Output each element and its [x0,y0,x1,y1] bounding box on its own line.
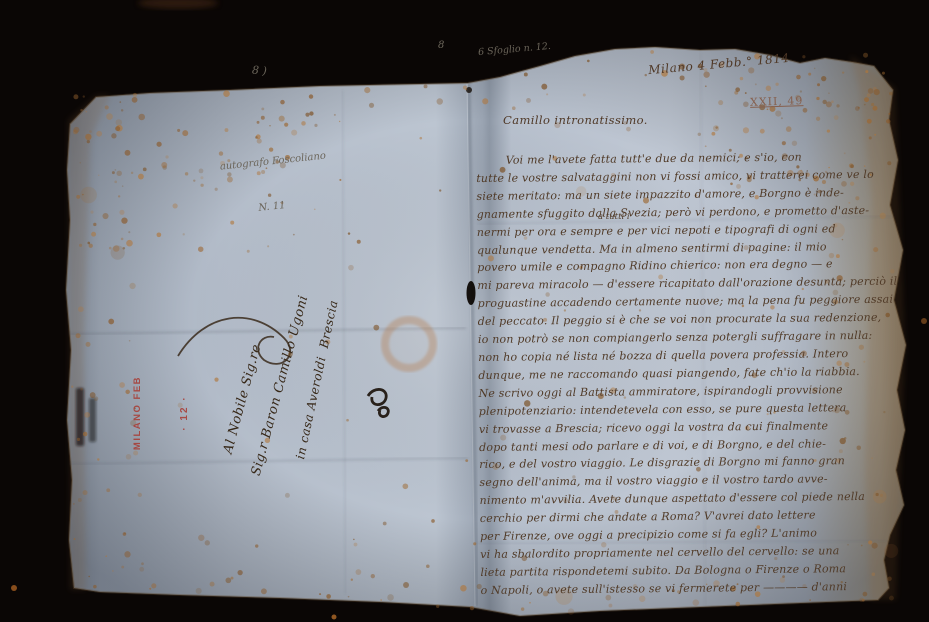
pencil-note-line: N. 11 [258,193,332,215]
catalog-mark: XXII, 49 [750,94,804,109]
photograph-of-letter: 6 Sfoglio n. 12. Milano 4 Febb.° 1814 XX… [0,0,929,622]
pencil-page-mark: 8 [438,40,444,51]
red-postmark-stamp: MILANO FEB · 12 · [96,352,226,474]
salutation: Camillo intronatissimo. [503,113,648,127]
pencil-note-right-page: 6 Sfoglio n. 12. [478,41,552,58]
pencil-page-mark: 8 ) [252,63,268,77]
date-line: Milano 4 Febb.° 1814 [648,51,790,77]
pencil-note-left-page: autografo Foscoliano N. 11 [216,119,334,249]
body-line: o Napoli, o avete sull'istesso se vi fer… [481,578,883,600]
postmark-day: · 12 · [179,352,190,474]
postmark-place: MILANO FEB [132,352,143,474]
letter-body: Voi me l'avete fatta tutt'e due da nemic… [476,148,883,600]
pencil-note-line: autografo Foscoliano [219,149,326,175]
